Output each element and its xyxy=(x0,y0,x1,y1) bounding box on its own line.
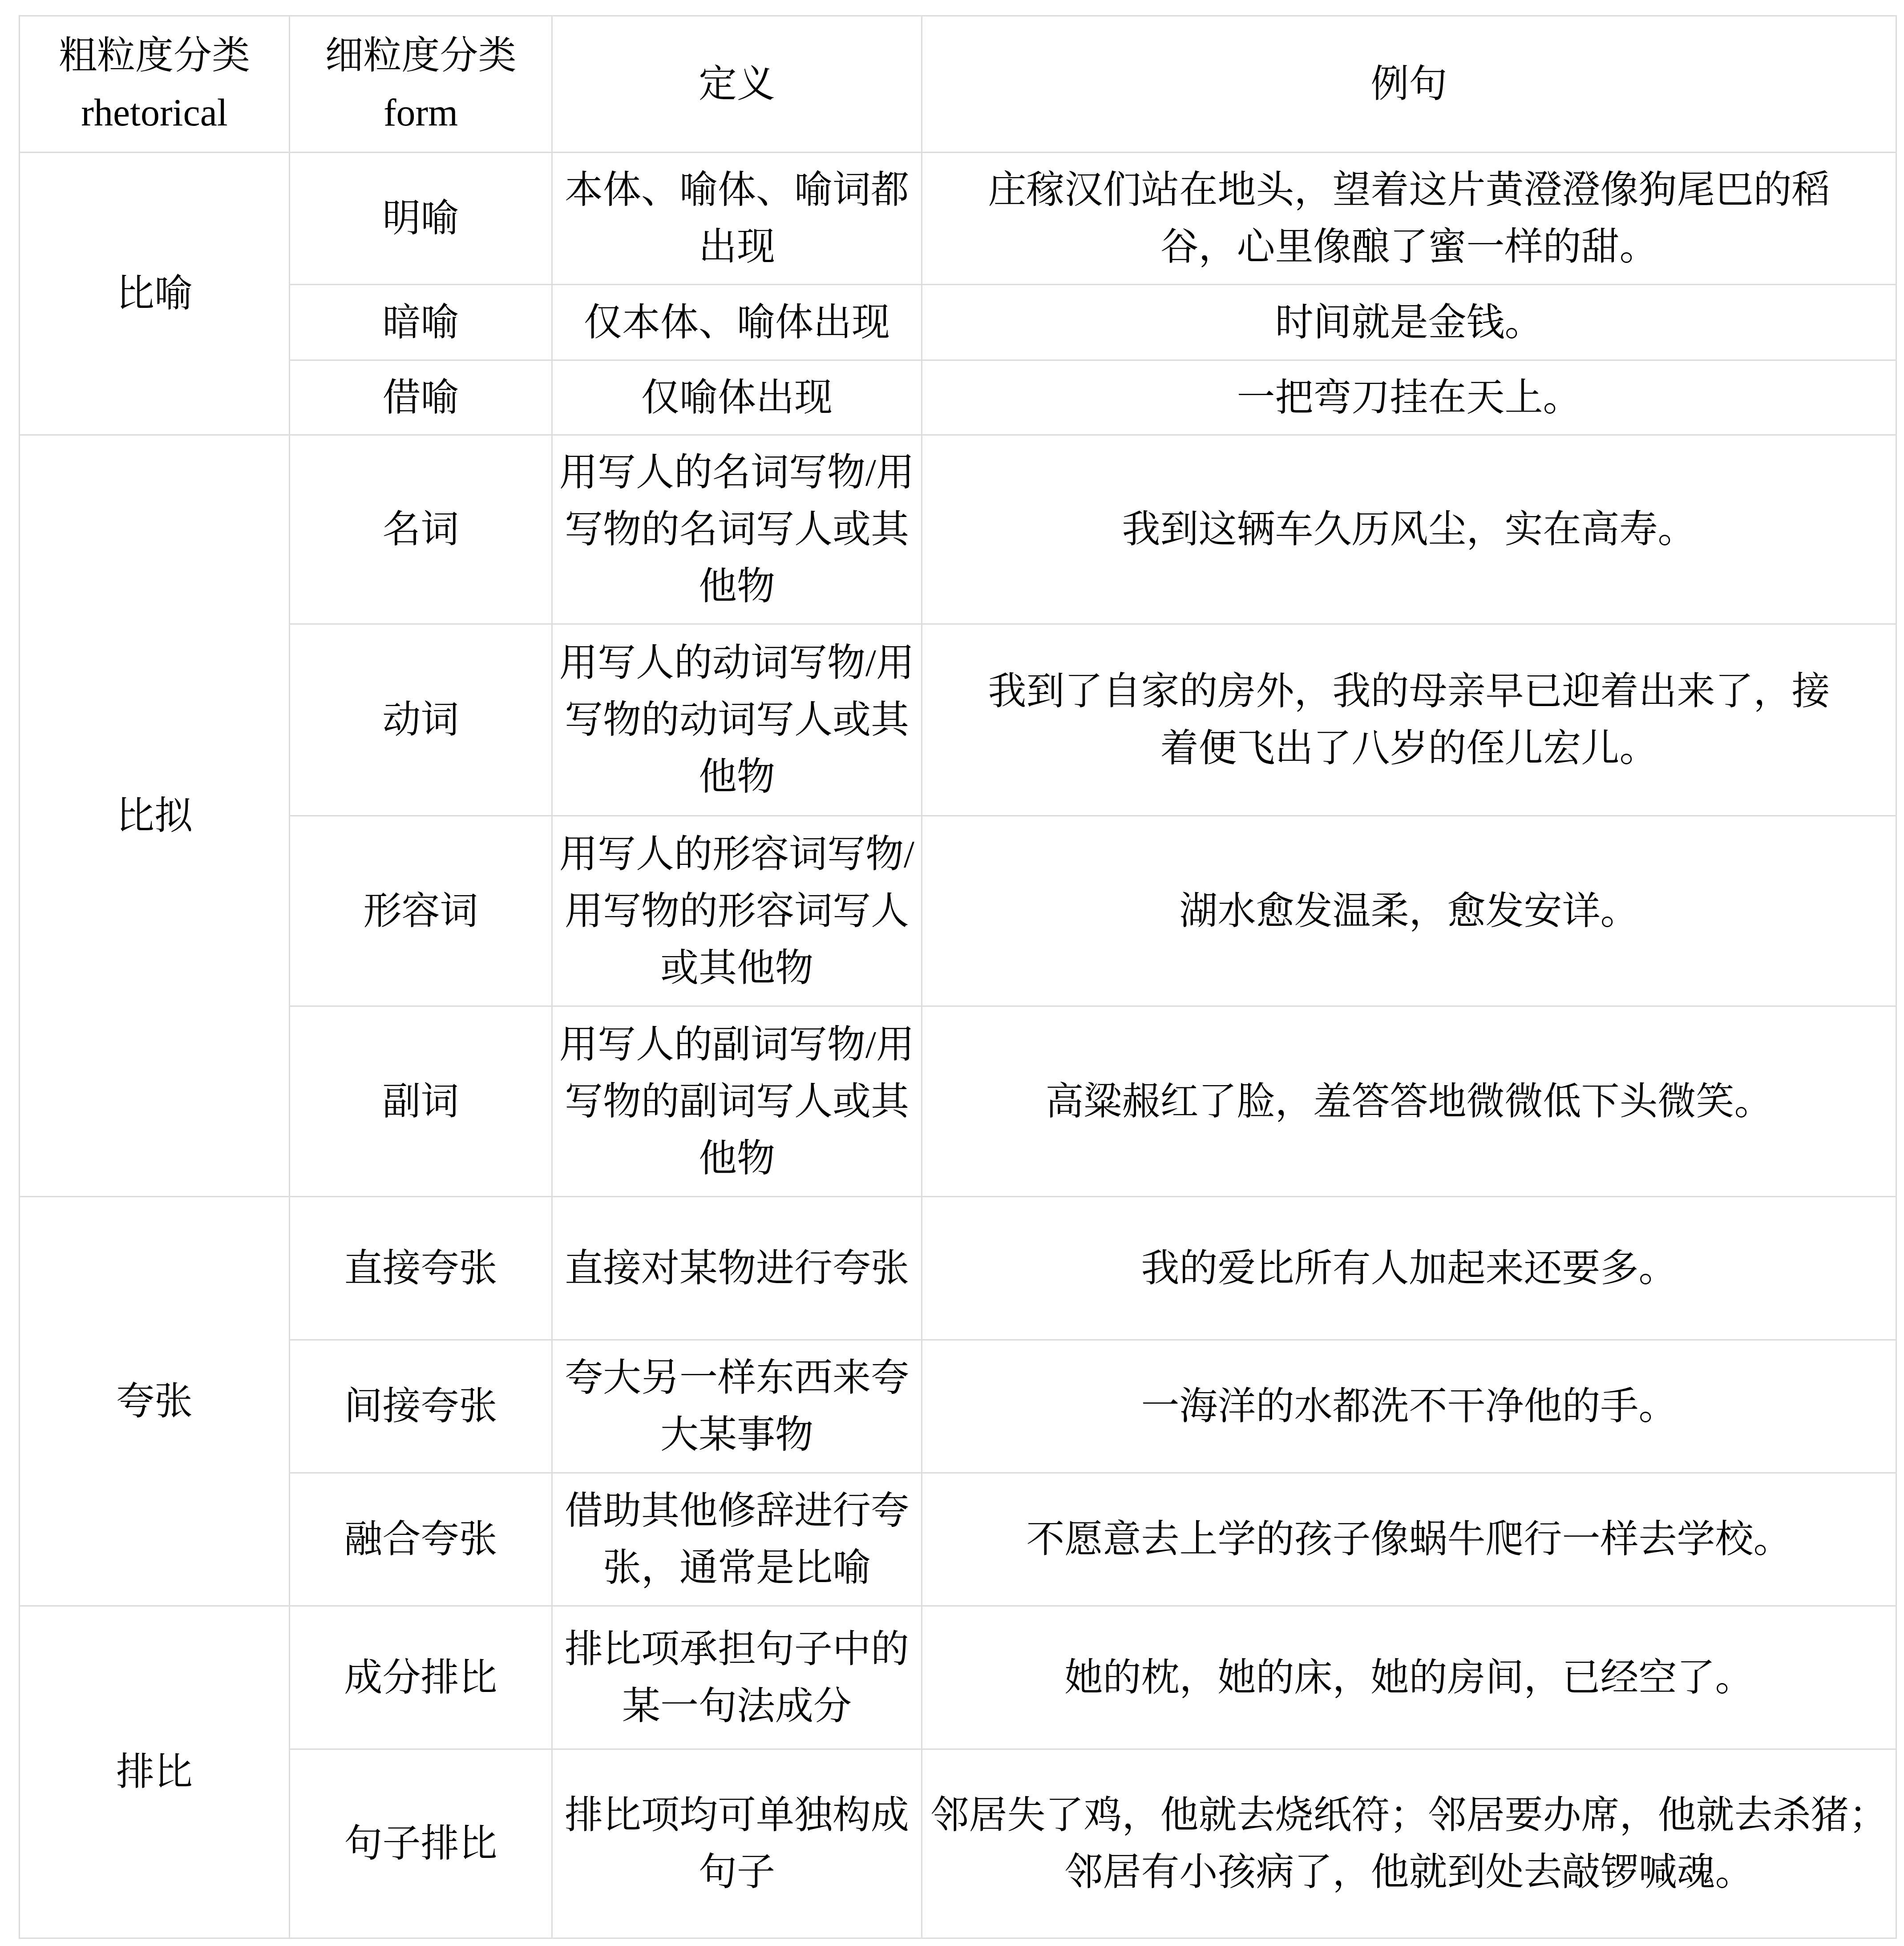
header-label: 粗粒度分类 xyxy=(26,27,283,84)
table-row: 比喻 明喻 本体、喻体、喻词都出现 庄稼汉们站在地头，望着这片黄澄澄像狗尾巴的稻… xyxy=(20,153,1896,285)
example-cell: 湖水愈发温柔，愈发安详。 xyxy=(922,816,1896,1006)
definition-cell: 本体、喻体、喻词都出现 xyxy=(552,153,922,285)
table-row: 句子排比 排比项均可单独构成句子 邻居失了鸡，他就去烧纸符；邻居要办席，他就去杀… xyxy=(20,1749,1896,1938)
example-cell: 庄稼汉们站在地头，望着这片黄澄澄像狗尾巴的稻谷，心里像酿了蜜一样的甜。 xyxy=(922,153,1896,285)
example-cell: 不愿意去上学的孩子像蜗牛爬行一样去学校。 xyxy=(922,1473,1896,1606)
example-cell: 我到这辆车久历风尘，实在高寿。 xyxy=(922,435,1896,624)
example-cell: 我的爱比所有人加起来还要多。 xyxy=(922,1197,1896,1340)
header-rhetorical: 粗粒度分类rhetorical xyxy=(20,16,290,153)
rhetorical-cell: 比喻 xyxy=(20,153,290,435)
table-row: 副词 用写人的副词写物/用写物的副词写人或其他物 高粱赧红了脸，羞答答地微微低下… xyxy=(20,1006,1896,1197)
example-cell: 一把弯刀挂在天上。 xyxy=(922,360,1896,435)
table-row: 排比 成分排比 排比项承担句子中的某一句法成分 她的枕，她的床，她的房间，已经空… xyxy=(20,1606,1896,1749)
header-row: 粗粒度分类rhetorical 细粒度分类form 定义 例句 xyxy=(20,16,1896,153)
definition-cell: 用写人的名词写物/用写物的名词写人或其他物 xyxy=(552,435,922,624)
form-cell: 动词 xyxy=(290,624,552,816)
definition-cell: 排比项均可单独构成句子 xyxy=(552,1749,922,1938)
rhetorical-cell: 夸张 xyxy=(20,1197,290,1606)
form-cell: 间接夸张 xyxy=(290,1340,552,1473)
header-sublabel: form xyxy=(296,84,545,141)
example-cell: 高粱赧红了脸，羞答答地微微低下头微笑。 xyxy=(922,1006,1896,1197)
example-cell: 一海洋的水都洗不干净他的手。 xyxy=(922,1340,1896,1473)
form-cell: 成分排比 xyxy=(290,1606,552,1749)
example-cell: 邻居失了鸡，他就去烧纸符；邻居要办席，他就去杀猪；邻居有小孩病了，他就到处去敲锣… xyxy=(922,1749,1896,1938)
header-label: 定义 xyxy=(559,56,915,113)
table-row: 融合夸张 借助其他修辞进行夸张，通常是比喻 不愿意去上学的孩子像蜗牛爬行一样去学… xyxy=(20,1473,1896,1606)
header-definition: 定义 xyxy=(552,16,922,153)
table-row: 动词 用写人的动词写物/用写物的动词写人或其他物 我到了自家的房外，我的母亲早已… xyxy=(20,624,1896,816)
form-cell: 借喻 xyxy=(290,360,552,435)
form-cell: 副词 xyxy=(290,1006,552,1197)
definition-cell: 用写人的副词写物/用写物的副词写人或其他物 xyxy=(552,1006,922,1197)
definition-cell: 直接对某物进行夸张 xyxy=(552,1197,922,1340)
form-cell: 暗喻 xyxy=(290,285,552,360)
header-example: 例句 xyxy=(922,16,1896,153)
definition-cell: 仅喻体出现 xyxy=(552,360,922,435)
form-cell: 直接夸张 xyxy=(290,1197,552,1340)
form-cell: 明喻 xyxy=(290,153,552,285)
rhetoric-table: 粗粒度分类rhetorical 细粒度分类form 定义 例句 比喻 明喻 本体… xyxy=(19,15,1897,1939)
rhetorical-cell: 比拟 xyxy=(20,435,290,1197)
definition-cell: 用写人的动词写物/用写物的动词写人或其他物 xyxy=(552,624,922,816)
table-row: 间接夸张 夸大另一样东西来夸大某事物 一海洋的水都洗不干净他的手。 xyxy=(20,1340,1896,1473)
table-row: 比拟 名词 用写人的名词写物/用写物的名词写人或其他物 我到这辆车久历风尘，实在… xyxy=(20,435,1896,624)
header-label: 细粒度分类 xyxy=(296,27,545,84)
example-cell: 时间就是金钱。 xyxy=(922,285,1896,360)
table-row: 形容词 用写人的形容词写物/用写物的形容词写人或其他物 湖水愈发温柔，愈发安详。 xyxy=(20,816,1896,1006)
definition-cell: 排比项承担句子中的某一句法成分 xyxy=(552,1606,922,1749)
header-sublabel: rhetorical xyxy=(26,84,283,141)
table-row: 借喻 仅喻体出现 一把弯刀挂在天上。 xyxy=(20,360,1896,435)
form-cell: 形容词 xyxy=(290,816,552,1006)
form-cell: 句子排比 xyxy=(290,1749,552,1938)
definition-cell: 夸大另一样东西来夸大某事物 xyxy=(552,1340,922,1473)
header-label: 例句 xyxy=(929,56,1889,113)
definition-cell: 用写人的形容词写物/用写物的形容词写人或其他物 xyxy=(552,816,922,1006)
table-row: 暗喻 仅本体、喻体出现 时间就是金钱。 xyxy=(20,285,1896,360)
rhetorical-cell: 排比 xyxy=(20,1606,290,1938)
example-cell: 她的枕，她的床，她的房间，已经空了。 xyxy=(922,1606,1896,1749)
definition-cell: 借助其他修辞进行夸张，通常是比喻 xyxy=(552,1473,922,1606)
table-row: 夸张 直接夸张 直接对某物进行夸张 我的爱比所有人加起来还要多。 xyxy=(20,1197,1896,1340)
header-form: 细粒度分类form xyxy=(290,16,552,153)
form-cell: 名词 xyxy=(290,435,552,624)
definition-cell: 仅本体、喻体出现 xyxy=(552,285,922,360)
example-cell: 我到了自家的房外，我的母亲早已迎着出来了，接着便飞出了八岁的侄儿宏儿。 xyxy=(922,624,1896,816)
form-cell: 融合夸张 xyxy=(290,1473,552,1606)
